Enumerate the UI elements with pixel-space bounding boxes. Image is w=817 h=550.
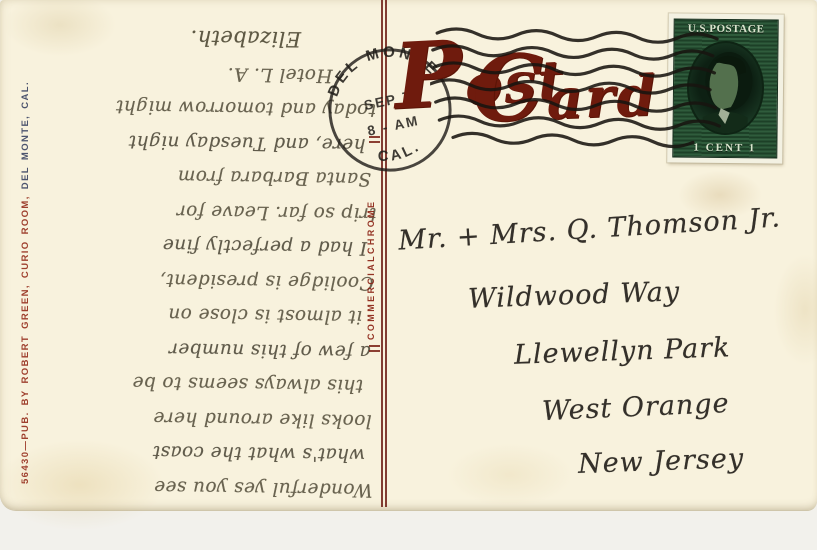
address-line-park: Llewellyn Park [514,332,731,371]
message-line: Wonderful yes you see [39,467,373,506]
address-line-city: West Orange [541,388,730,427]
publisher-imprint: 56430—PUB. BY ROBERT GREEN, CURIO ROOM, … [20,22,31,484]
message-line: Coolidge is president, [41,260,375,299]
postcard-back: 56430—PUB. BY ROBERT GREEN, CURIO ROOM, … [0,0,817,511]
message-line: I had a perfectly fine [42,226,376,265]
paper-stain [420,430,600,518]
message-line: this always seems to be [40,364,374,403]
paper-stain [760,230,817,390]
message-line: trip so far. Leave for [42,191,376,230]
address-line-street: Wildwood Way [468,276,681,314]
publisher-location-text: DEL MONTE, CAL. [20,81,31,189]
message-signature: Elizabeth. [45,19,379,58]
divider-tick [369,345,380,352]
message-line: a few of this number [40,329,374,368]
message-line: it almost is close on [41,295,375,334]
publisher-serial-text: 56430—PUB. BY ROBERT GREEN, CURIO ROOM, [20,189,31,484]
message-line: what's what the coast [39,433,373,472]
message-line: looks like around here [39,398,373,437]
address-line-recipient: Mr. + Mrs. Q. Thomson Jr. [397,202,781,256]
cancellation-lines [429,25,724,156]
address-line-state: New Jersey [578,443,745,480]
message-line: Santa Barbara from [43,157,377,196]
